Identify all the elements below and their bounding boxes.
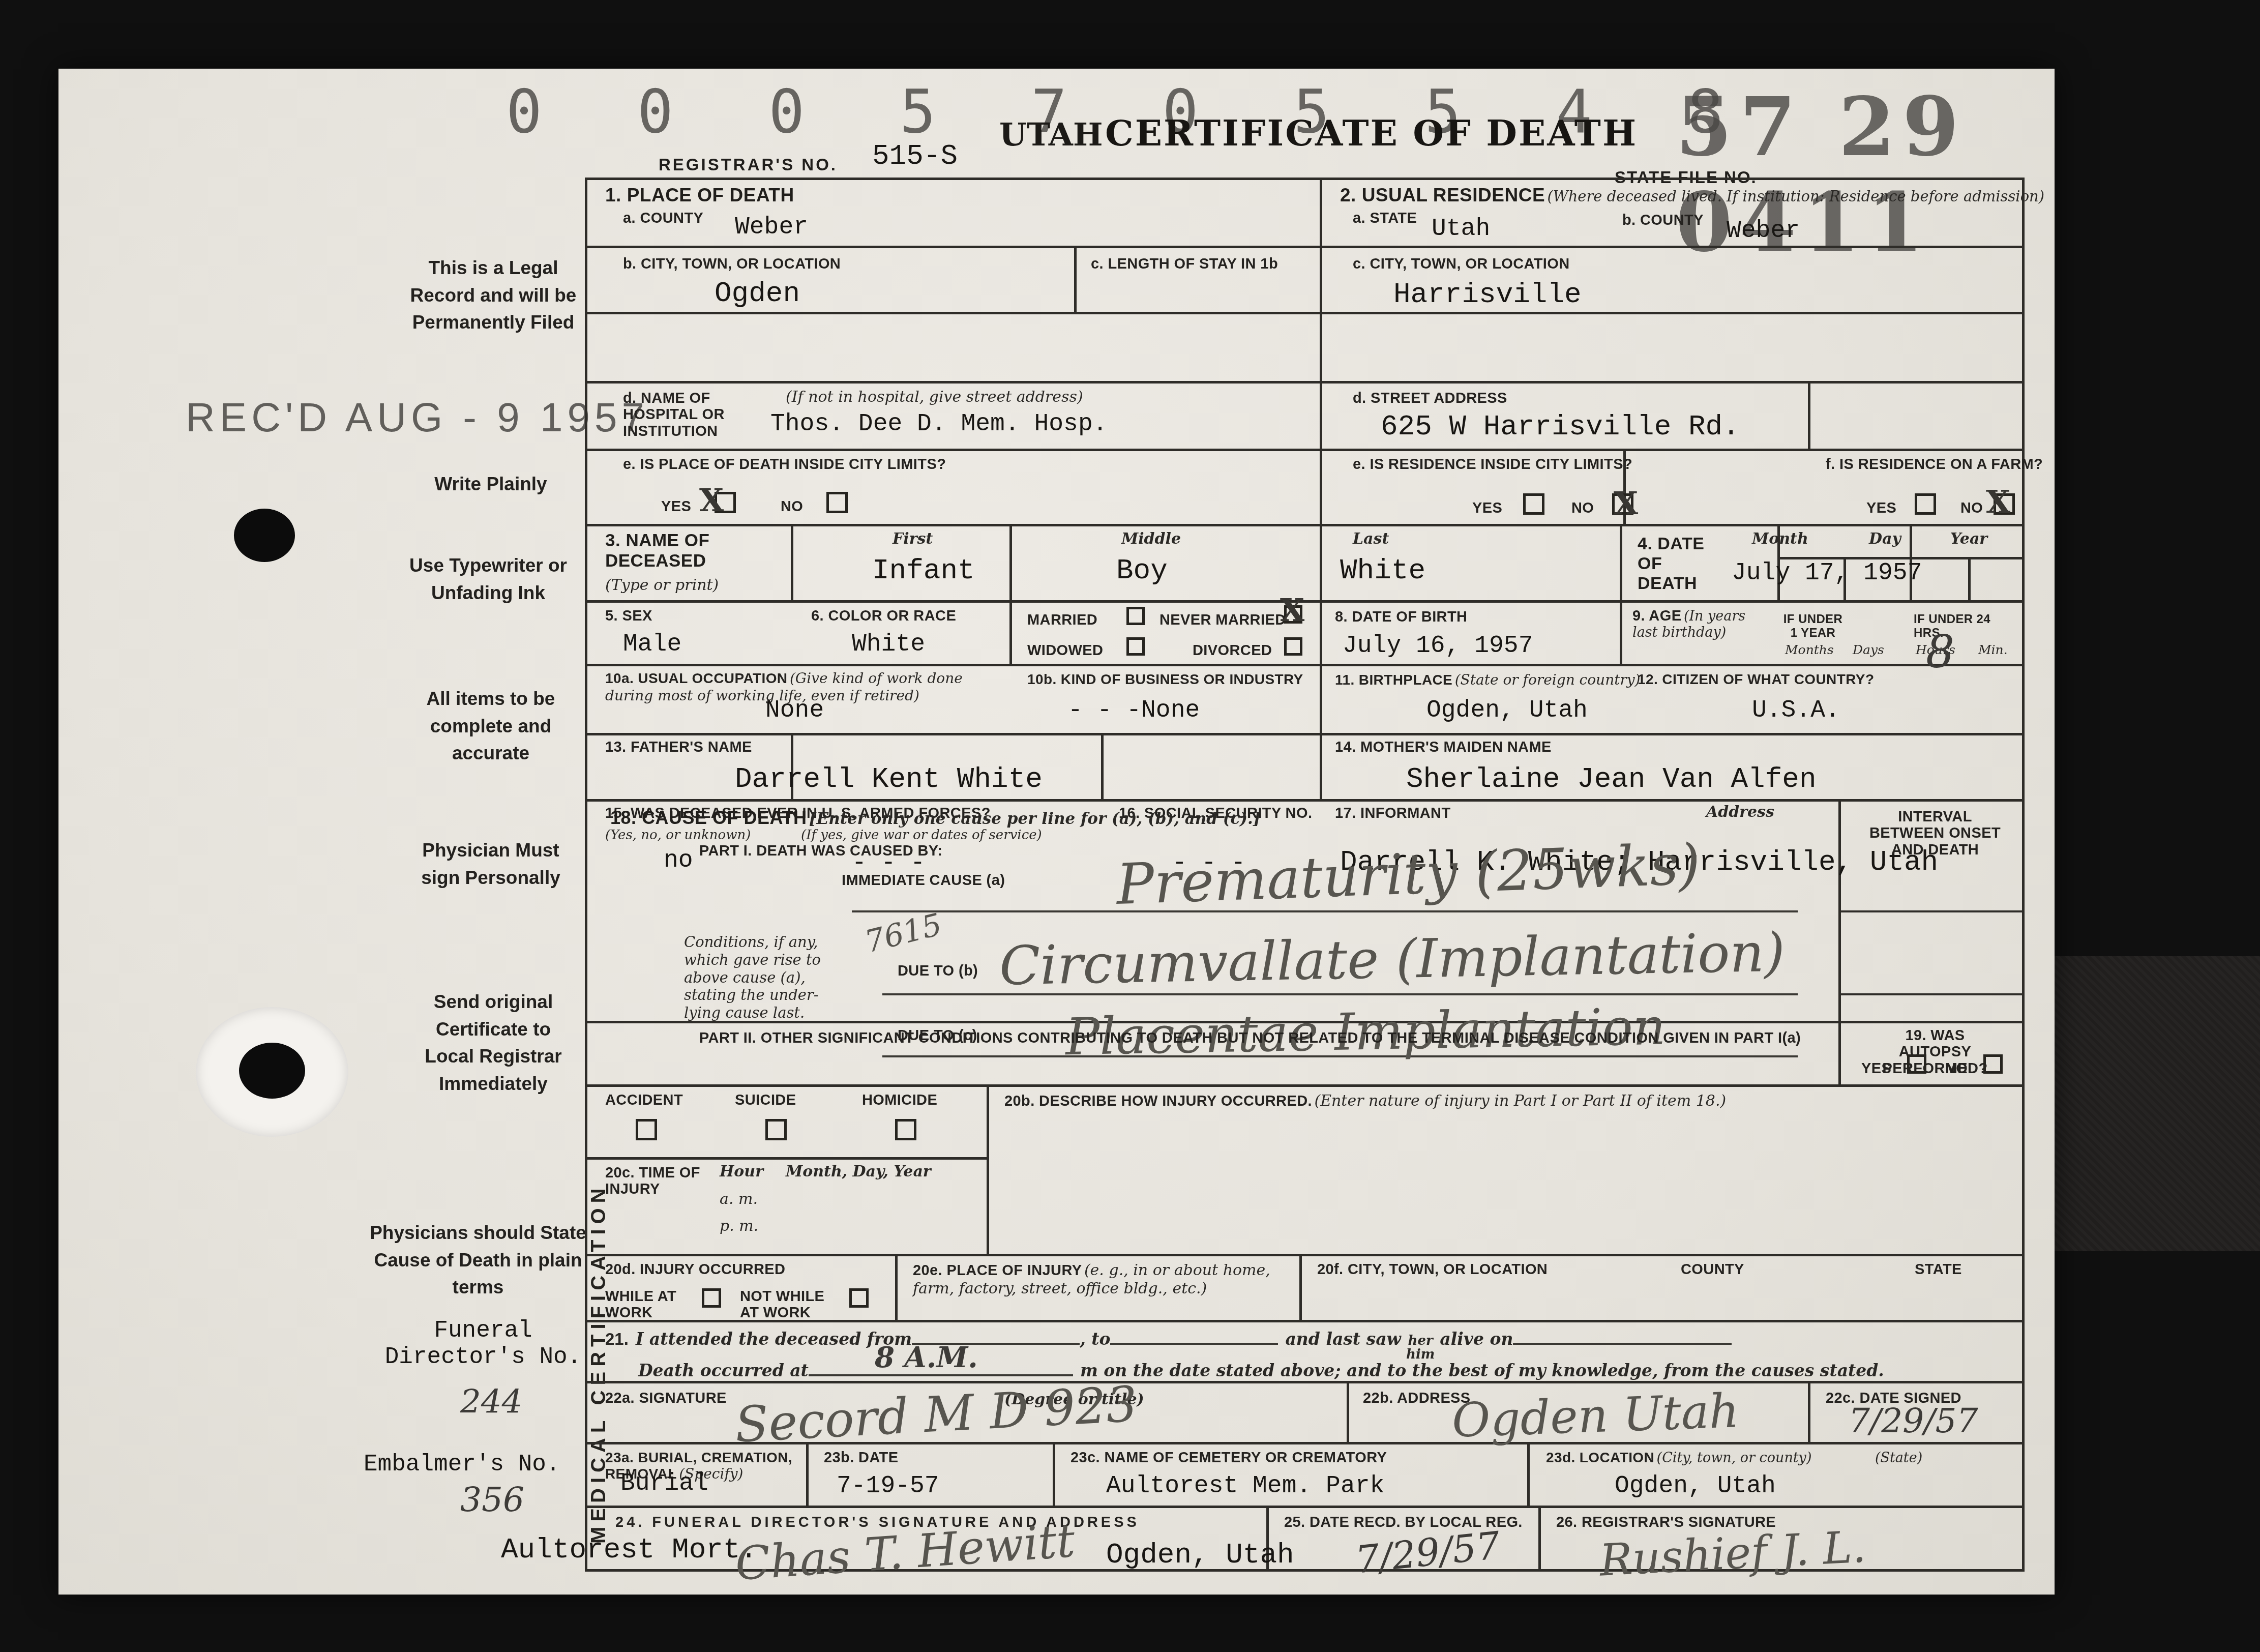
- field-7-divorced-checkbox: [1284, 637, 1302, 656]
- grid-line: [585, 178, 2025, 180]
- field-20d-not-while-label: NOT WHILE AT WORK: [740, 1288, 842, 1321]
- grid-line: [1538, 1506, 1541, 1569]
- field-3-last-label: Last: [1353, 530, 1389, 548]
- field-10a-value: None: [765, 697, 824, 724]
- field-2d-value: 625 W Harrisville Rd.: [1381, 410, 1740, 443]
- field-17-label: 17. INFORMANT: [1335, 805, 1451, 821]
- grid-line: [585, 1084, 2025, 1087]
- field-9-min-label: Min.: [1978, 642, 2008, 658]
- embalmer-no-value: 356: [460, 1480, 524, 1519]
- field-2e-no-label: NO: [1571, 500, 1594, 516]
- field-18-bracket: [Enter only one cause per line for (a), …: [809, 810, 1261, 828]
- grid-line: [585, 449, 2025, 451]
- field-6-value: White: [852, 631, 925, 658]
- grid-line: [585, 600, 2025, 603]
- field-18-conditions-label: Conditions, if any, which gave rise to a…: [684, 933, 852, 1022]
- field-2f-yes-label: YES: [1866, 500, 1896, 516]
- field-20a-suicide-checkbox: [765, 1119, 787, 1140]
- field-19-no-label: NO: [1945, 1060, 1968, 1077]
- grid-line: [2022, 178, 2025, 1572]
- field-3-label: 3. NAME OF DECEASED: [605, 530, 758, 572]
- field-3-note: (Type or print): [605, 576, 719, 595]
- field-11-label: 11. BIRTHPLACE: [1335, 672, 1452, 688]
- field-20a-homicide-label: HOMICIDE: [862, 1092, 937, 1108]
- field-8-value: July 16, 1957: [1343, 632, 1533, 660]
- field-21-text-1a: I attended the deceased from: [636, 1329, 912, 1349]
- grid-line: [895, 1254, 898, 1320]
- field-13-value: Darrell Kent White: [735, 763, 1043, 795]
- field-2c-value: Harrisville: [1393, 278, 1582, 311]
- grid-line: [1968, 557, 1971, 600]
- embalmer-no-label: Embalmer's No.: [364, 1451, 560, 1478]
- field-20f-label: 20f. CITY, TOWN, OR LOCATION: [1317, 1261, 1548, 1278]
- registrar-signature: Rushief J. L.: [1598, 1521, 1867, 1586]
- field-17-address-label: Address: [1706, 804, 1774, 821]
- grid-line: [585, 1254, 2025, 1256]
- field-10b-label: 10b. KIND OF BUSINESS OR INDUSTRY: [1027, 671, 1303, 687]
- field-9-hours-value: 8: [1926, 626, 1954, 678]
- grid-line: [585, 733, 2025, 735]
- field-4-value: July 17, 1957: [1732, 559, 1922, 587]
- field-4-year-label: Year: [1950, 530, 1987, 548]
- grid-line: [1053, 1442, 1055, 1506]
- field-15-note2: (If yes, give war or dates of service): [801, 828, 1042, 843]
- field-1a-value: Weber: [735, 214, 808, 241]
- grid-line: [791, 524, 793, 600]
- death-time-blank: 8 A.M.: [809, 1370, 1073, 1376]
- date-signed-handwriting: 7/29/57: [1849, 1401, 1978, 1440]
- punch-hole: [239, 1043, 305, 1099]
- field-4-day-label: Day: [1869, 530, 1901, 548]
- field-20c-am-label: a. m.: [720, 1190, 758, 1208]
- field-13-label: 13. FATHER'S NAME: [605, 739, 752, 755]
- field-4-label: 4. DATE OF DEATH: [1638, 534, 1714, 594]
- field-15-value1: no: [664, 847, 693, 874]
- field-2b-value: Weber: [1727, 217, 1800, 245]
- field-7-widowed-label: WIDOWED: [1027, 642, 1103, 659]
- field-1b-value: Ogden: [715, 277, 800, 310]
- grid-line: [1620, 600, 1622, 664]
- field-1e-label: e. IS PLACE OF DEATH INSIDE CITY LIMITS?: [623, 456, 946, 473]
- interval-column-header: INTERVAL BETWEEN ONSET AND DEATH: [1861, 809, 2009, 858]
- physician-address-handwriting: Ogden Utah: [1451, 1383, 1740, 1448]
- grid-line: [585, 1157, 989, 1160]
- interval-line: [1838, 993, 2024, 995]
- field-21-her-label: her: [1406, 1334, 1435, 1348]
- interval-line: [1838, 910, 2024, 912]
- field-2d-label: d. STREET ADDRESS: [1353, 390, 1507, 406]
- field-20c-pm-label: p. m.: [720, 1217, 758, 1235]
- field-2e-no-x-mark: X: [1614, 485, 1638, 522]
- grid-line: [1620, 524, 1622, 600]
- grid-line: [585, 312, 2025, 314]
- field-20c-label: 20c. TIME OF INJURY: [605, 1165, 717, 1198]
- field-23d-note: (City, town, or county): [1657, 1450, 1812, 1466]
- field-1d-label: d. NAME OF HOSPITAL OR INSTITUTION: [623, 390, 750, 439]
- field-23c-label: 23c. NAME OF CEMETERY OR CREMATORY: [1070, 1450, 1387, 1466]
- field-2f-no-label: NO: [1960, 500, 1983, 516]
- field-20d-not-while-checkbox: [849, 1288, 869, 1308]
- field-3-first-label: First: [893, 530, 933, 548]
- field-18-part2-label: PART II. OTHER SIGNIFICANT CONDITIONS CO…: [699, 1030, 1828, 1046]
- field-9-label: 9. AGE: [1632, 608, 1681, 624]
- grid-line: [585, 246, 2025, 248]
- field-2f-label: f. IS RESIDENCE ON A FARM?: [1826, 456, 2043, 473]
- field-1d-value: Thos. Dee D. Mem. Hosp.: [770, 410, 1108, 438]
- field-7-widowed-checkbox: [1126, 637, 1145, 656]
- attended-to-blank: [1110, 1339, 1278, 1345]
- field-7-married-label: MARRIED: [1027, 612, 1097, 628]
- field-7-never-married-label: NEVER MARRIED: [1159, 612, 1286, 628]
- field-20f-state-label: STATE: [1915, 1261, 1962, 1278]
- field-18-title: 18. CAUSE OF DEATH: [610, 807, 807, 828]
- field-1b-label: b. CITY, TOWN, OR LOCATION: [623, 256, 841, 272]
- field-19-yes-checkbox: [1907, 1054, 1926, 1074]
- field-2f-no-x-mark: X: [1986, 483, 2010, 520]
- field-21-text-1d: alive on: [1440, 1329, 1513, 1349]
- field-9-months-label: Months: [1785, 642, 1834, 658]
- margin-physician-sign-note: Physician Must sign Personally: [404, 837, 577, 891]
- field-9-days-label: Days: [1853, 642, 1884, 658]
- registrar-no-label: REGISTRAR'S NO.: [659, 155, 838, 174]
- field-2a-value: Utah: [1432, 215, 1490, 243]
- field-21-text-1b: , to: [1080, 1329, 1110, 1349]
- field-15-note1: (Yes, no, or unknown): [605, 828, 751, 843]
- field-20d-while-label: WHILE AT WORK: [605, 1288, 697, 1321]
- cause-a-line: [852, 910, 1798, 912]
- field-20d-label: 20d. INJURY OCCURRED: [605, 1261, 785, 1278]
- field-23a-value: Burial: [620, 1470, 708, 1497]
- field-23d-label: 23d. LOCATION: [1546, 1450, 1654, 1465]
- field-19-no-checkbox: [1983, 1054, 2003, 1074]
- field-2a-label: a. STATE: [1353, 210, 1417, 226]
- field-3-first-value: Infant: [872, 554, 975, 587]
- grid-line: [1299, 1254, 1302, 1320]
- field-3-last-value: White: [1340, 554, 1425, 587]
- field-21-text-2b: m on the date stated above; and to the b…: [1080, 1361, 1884, 1380]
- grid-line: [806, 1442, 809, 1506]
- field-18-due-b-label: DUE TO (b): [898, 963, 978, 979]
- field-1d-note: (If not in hospital, give street address…: [786, 388, 1083, 406]
- funeral-home-typed: Aultorest Mort.: [501, 1533, 757, 1566]
- field-23d-value: Ogden, Utah: [1615, 1472, 1776, 1500]
- field-2e-label: e. IS RESIDENCE INSIDE CITY LIMITS?: [1353, 456, 1632, 473]
- grid-line: [1074, 246, 1077, 312]
- page-title: CERTIFICATE OF DEATH: [1105, 112, 1638, 154]
- grid-line: [585, 664, 2025, 666]
- margin-write-plainly-note: Write Plainly: [389, 470, 592, 498]
- registrar-no-value: 515-S: [872, 140, 958, 172]
- field-5-label: 5. SEX: [605, 608, 652, 624]
- field-20a-homicide-checkbox: [895, 1119, 916, 1140]
- field-2-note: (Where deceased lived. If institution: R…: [1548, 188, 2045, 205]
- scanned-death-certificate: 0 0 0 5 7 0 5 5 4 8 UTAH CERTIFICATE OF …: [0, 0, 2260, 1652]
- field-20e-label: 20e. PLACE OF INJURY: [913, 1262, 1082, 1279]
- margin-typewriter-note: Use Typewriter or Unfading Ink: [379, 552, 598, 606]
- field-20c-mdy-label: Month, Day, Year: [786, 1163, 931, 1181]
- field-21-him-label: him: [1406, 1348, 1435, 1362]
- field-12-label: 12. CITIZEN OF WHAT COUNTRY?: [1638, 671, 1874, 687]
- field-20f-county-label: COUNTY: [1681, 1261, 1744, 1278]
- margin-legal-record-note: This is a Legal Record and will be Perma…: [404, 254, 582, 336]
- grid-line: [987, 1084, 989, 1254]
- field-7-never-married-x-mark: X: [1280, 592, 1304, 629]
- field-20a-suicide-label: SUICIDE: [735, 1092, 796, 1108]
- field-2e-yes-label: YES: [1472, 500, 1502, 516]
- field-1e-yes-x-mark: X: [699, 482, 724, 519]
- field-4-month-label: Month: [1752, 530, 1808, 548]
- field-23b-label: 23b. DATE: [824, 1450, 898, 1466]
- grid-line: [1320, 178, 1322, 799]
- scan-background-texture: [2044, 956, 2260, 1251]
- field-14-value: Sherlaine Jean Van Alfen: [1406, 763, 1817, 795]
- field-1a-label: a. COUNTY: [623, 210, 703, 226]
- margin-send-original-note: Send original Certificate to Local Regis…: [409, 988, 577, 1098]
- grid-line: [1347, 1381, 1349, 1442]
- grid-line: [1808, 381, 1810, 449]
- field-18-part1-label: PART I. DEATH WAS CAUSED BY:: [699, 843, 942, 859]
- certificate-paper: 0 0 0 5 7 0 5 5 4 8 UTAH CERTIFICATE OF …: [58, 69, 2055, 1595]
- grid-line: [585, 1506, 2025, 1508]
- field-20b-label: 20b. DESCRIBE HOW INJURY OCCURRED.: [1004, 1093, 1312, 1109]
- grid-line: [1101, 733, 1104, 799]
- grid-line: [1009, 600, 1012, 664]
- field-20c-hour-label: Hour: [720, 1163, 763, 1181]
- field-2b-label: b. COUNTY: [1622, 212, 1704, 228]
- received-date-stamp: REC'D AUG - 9 1957: [186, 394, 649, 441]
- field-3-middle-label: Middle: [1121, 530, 1181, 548]
- field-12-value: U.S.A.: [1752, 697, 1840, 724]
- field-2-title: 2. USUAL RESIDENCE: [1340, 185, 1545, 205]
- margin-complete-note: All items to be complete and accurate: [394, 685, 587, 767]
- field-1c-label: c. LENGTH OF STAY IN 1b: [1091, 256, 1278, 272]
- field-18-immediate-label: IMMEDIATE CAUSE (a): [842, 872, 1005, 889]
- cause-a-handwriting: Prematurity (25wks): [1115, 832, 1702, 917]
- grid-line: [1527, 1442, 1530, 1506]
- field-3-middle-value: Boy: [1116, 554, 1168, 587]
- field-21-text-2a: Death occurred at: [638, 1361, 809, 1380]
- grid-line: [585, 178, 587, 1572]
- field-7-married-checkbox: [1126, 607, 1145, 625]
- case-margin-number: 7615: [861, 907, 945, 960]
- field-23c-value: Aultorest Mem. Park: [1106, 1472, 1384, 1500]
- field-2c-label: c. CITY, TOWN, OR LOCATION: [1353, 256, 1570, 272]
- death-time-handwriting: 8 A.M.: [875, 1341, 978, 1374]
- field-1e-no-label: NO: [781, 498, 803, 515]
- grid-line: [585, 524, 2025, 526]
- field-20d-while-checkbox: [702, 1288, 721, 1308]
- funeral-director-no-label: Funeral Director's No.: [374, 1317, 592, 1370]
- title-state: UTAH: [999, 116, 1103, 153]
- field-20b-note: (Enter nature of injury in Part I or Par…: [1314, 1092, 1726, 1110]
- alive-on-blank: [1513, 1339, 1732, 1345]
- grid-line: [1838, 799, 1841, 1084]
- field-1e-yes-label: YES: [661, 498, 691, 515]
- field-5-value: Male: [623, 631, 681, 658]
- punch-hole: [234, 509, 295, 562]
- grid-line: [585, 799, 2025, 802]
- field-7-divorced-label: DIVORCED: [1193, 642, 1272, 659]
- field-23d-state-note: (State): [1875, 1450, 1922, 1466]
- grid-line: [1009, 524, 1012, 600]
- grid-line: [1808, 1381, 1810, 1442]
- field-10a-label: 10a. USUAL OCCUPATION: [605, 670, 787, 686]
- field-8-label: 8. DATE OF BIRTH: [1335, 609, 1467, 625]
- field-11-value: Ogden, Utah: [1426, 697, 1588, 724]
- funeral-director-no-value: 244: [460, 1383, 522, 1421]
- field-20a-accident-label: ACCIDENT: [605, 1092, 683, 1108]
- date-received-handwriting: 7/29/57: [1353, 1523, 1502, 1582]
- field-21-number: 21.: [605, 1330, 629, 1349]
- field-2f-yes-checkbox: [1915, 493, 1936, 515]
- field-1e-no-checkbox: [826, 492, 848, 513]
- field-22a-label: 22a. SIGNATURE: [605, 1390, 727, 1406]
- field-6-label: 6. COLOR OR RACE: [811, 608, 956, 624]
- field-20a-accident-checkbox: [636, 1119, 657, 1140]
- field-9-under1-label: IF UNDER 1 YEAR: [1782, 613, 1843, 640]
- field-10b-value: - - -None: [1068, 697, 1200, 724]
- field-14-label: 14. MOTHER'S MAIDEN NAME: [1335, 739, 1552, 755]
- cause-b-handwriting: Circumvallate (Implantation): [999, 922, 1786, 997]
- field-1-title: 1. PLACE OF DEATH: [605, 185, 794, 206]
- margin-plain-terms-note: Physicians should State Cause of Death i…: [364, 1219, 592, 1301]
- field-23b-value: 7-19-57: [837, 1472, 939, 1500]
- field-19-yes-label: YES: [1861, 1060, 1891, 1077]
- field-11-note: (State or foreign country): [1455, 671, 1641, 688]
- field-21-text-1c: and last saw: [1285, 1329, 1401, 1349]
- funeral-home-city-typed: Ogden, Utah: [1106, 1539, 1294, 1571]
- field-2e-yes-checkbox: [1523, 493, 1544, 515]
